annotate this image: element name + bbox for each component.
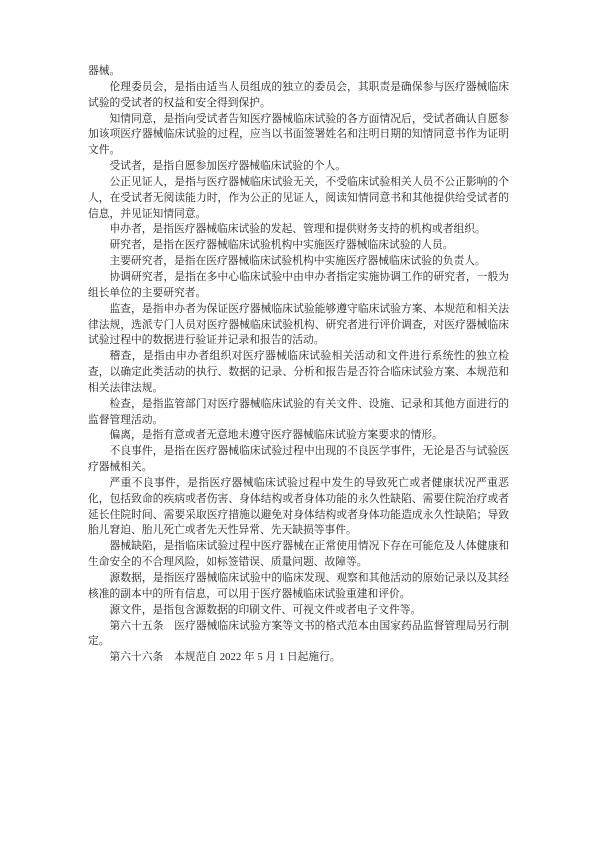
paragraph: 研究者，是指在医疗器械临床试验机构中实施医疗器械临床试验的人员。 <box>88 238 509 254</box>
paragraph: 监查，是指申办者为保证医疗器械临床试验能够遵守临床试验方案、本规范和相关法律法规… <box>88 302 509 350</box>
paragraph: 检查，是指监管部门对医疗器械临床试验的有关文件、设施、记录和其他方面进行的监督管… <box>88 397 509 429</box>
paragraph: 受试者，是指自愿参加医疗器械临床试验的个人。 <box>88 159 509 175</box>
paragraph: 器械。 <box>88 64 509 80</box>
paragraph: 源文件，是指包含源数据的印刷文件、可视文件或者电子文件等。 <box>88 603 509 619</box>
paragraph: 公正见证人，是指与医疗器械临床试验无关，不受临床试验相关人员不公正影响的个人，在… <box>88 175 509 223</box>
paragraph: 伦理委员会，是指由适当人员组成的独立的委员会，其职责是确保参与医疗器械临床试验的… <box>88 80 509 112</box>
paragraph: 严重不良事件，是指医疗器械临床试验过程中发生的导致死亡或者健康状况严重恶化，包括… <box>88 476 509 539</box>
paragraph: 申办者，是指医疗器械临床试验的发起、管理和提供财务支持的机构或者组织。 <box>88 222 509 238</box>
paragraph: 主要研究者，是指在医疗器械临床试验机构中实施医疗器械临床试验的负责人。 <box>88 254 509 270</box>
paragraph: 知情同意，是指向受试者告知医疗器械临床试验的各方面情况后，受试者确认自愿参加该项… <box>88 112 509 160</box>
document-page: 器械。伦理委员会，是指由适当人员组成的独立的委员会，其职责是确保参与医疗器械临床… <box>0 0 595 841</box>
paragraph: 器械缺陷，是指临床试验过程中医疗器械在正常使用情况下存在可能危及人体健康和生命安… <box>88 539 509 571</box>
paragraph: 源数据，是指医疗器械临床试验中的临床发现、观察和其他活动的原始记录以及其经核准的… <box>88 571 509 603</box>
paragraph: 第六十六条 本规范自 2022 年 5 月 1 日起施行。 <box>88 650 509 666</box>
paragraph: 偏离，是指有意或者无意地未遵守医疗器械临床试验方案要求的情形。 <box>88 428 509 444</box>
paragraph: 第六十五条 医疗器械临床试验方案等文书的格式范本由国家药品监督管理局另行制定。 <box>88 619 509 651</box>
document-body: 器械。伦理委员会，是指由适当人员组成的独立的委员会，其职责是确保参与医疗器械临床… <box>88 64 509 666</box>
paragraph: 稽查，是指由申办者组织对医疗器械临床试验相关活动和文件进行系统性的独立检查，以确… <box>88 349 509 397</box>
paragraph: 不良事件，是指在医疗器械临床试验过程中出现的不良医学事件，无论是否与试验医疗器械… <box>88 444 509 476</box>
paragraph: 协调研究者，是指在多中心临床试验中由申办者指定实施协调工作的研究者，一般为组长单… <box>88 270 509 302</box>
